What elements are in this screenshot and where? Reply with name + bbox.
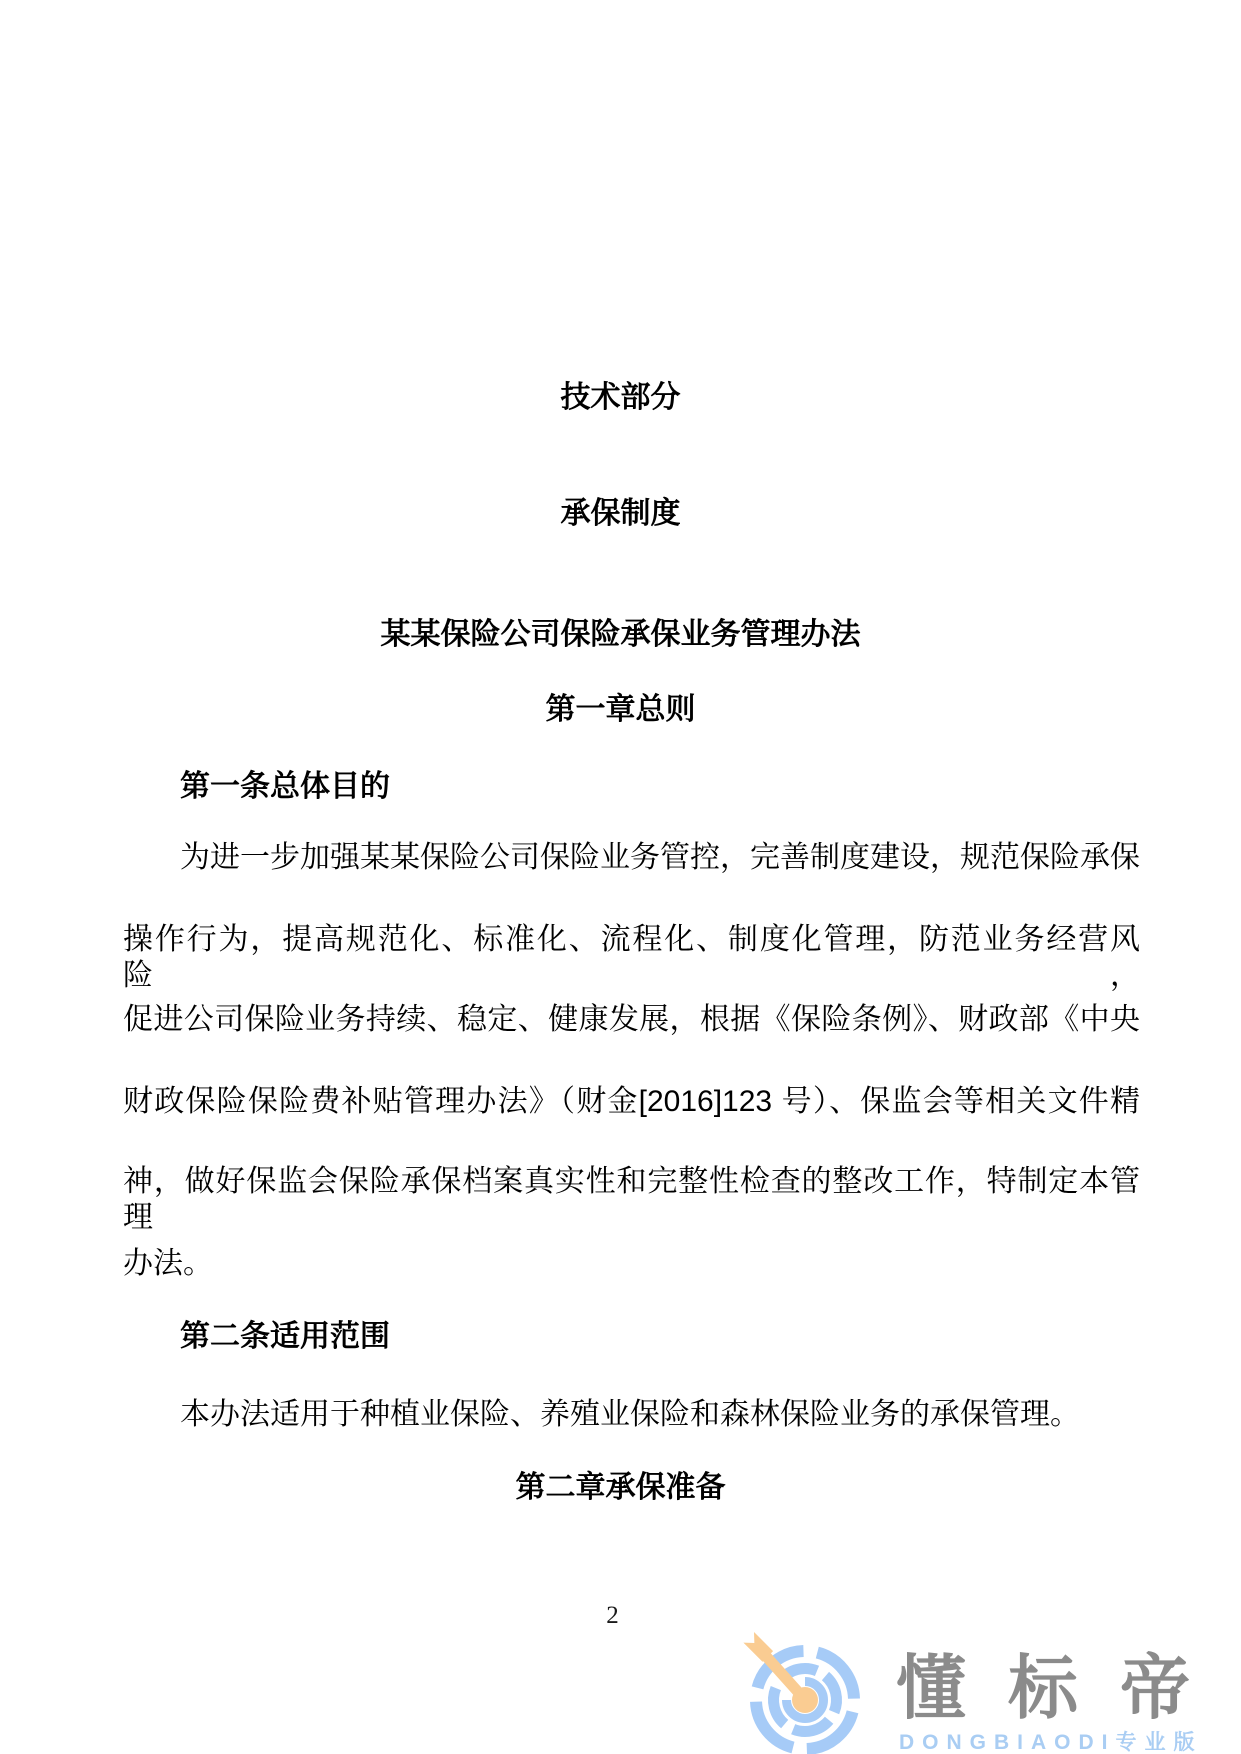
subsection-title: 承保制度 [0,496,1241,532]
paragraph-line: 财政保险保险费补贴管理办法》（财金[2016]123 号）、保监会等相关文件精 [123,1084,1140,1120]
watermark-subtext: DONGBIAODI专业版 [899,1726,1203,1754]
page-number: 2 [0,1602,1225,1630]
document-page: 技术部分 承保制度 某某保险公司保险承保业务管理办法 第一章总则 第一条总体目的… [0,0,1241,1754]
paragraph-line: 为进一步加强某某保险公司保险业务管控，完善制度建设，规范保险承保 [123,840,1140,876]
chapter-2-heading: 第二章承保准备 [0,1470,1241,1506]
doc-title: 某某保险公司保险承保业务管理办法 [0,617,1241,653]
article-2-heading: 第二条适用范围 [180,1319,390,1355]
article-2-body: 本办法适用于种植业保险、养殖业保险和森林保险业务的承保管理。 [180,1397,1197,1433]
paragraph-line: 办法。 [123,1246,1140,1282]
paragraph-line: 神，做好保监会保险承保档案真实性和完整性检查的整改工作，特制定本管理 [123,1164,1140,1236]
paragraph-line: 促进公司保险业务持续、稳定、健康发展，根据《保险条例》、财政部《中央 [123,1002,1140,1038]
section-title: 技术部分 [0,380,1241,416]
article-1-heading: 第一条总体目的 [180,769,390,805]
paragraph-line: 操作行为，提高规范化、标准化、流程化、制度化管理，防范业务经营风险， [123,922,1140,994]
target-bullseye-icon [741,1630,871,1754]
watermark-brand: 懂标帝 [896,1650,1232,1726]
chapter-1-heading: 第一章总则 [0,692,1241,728]
